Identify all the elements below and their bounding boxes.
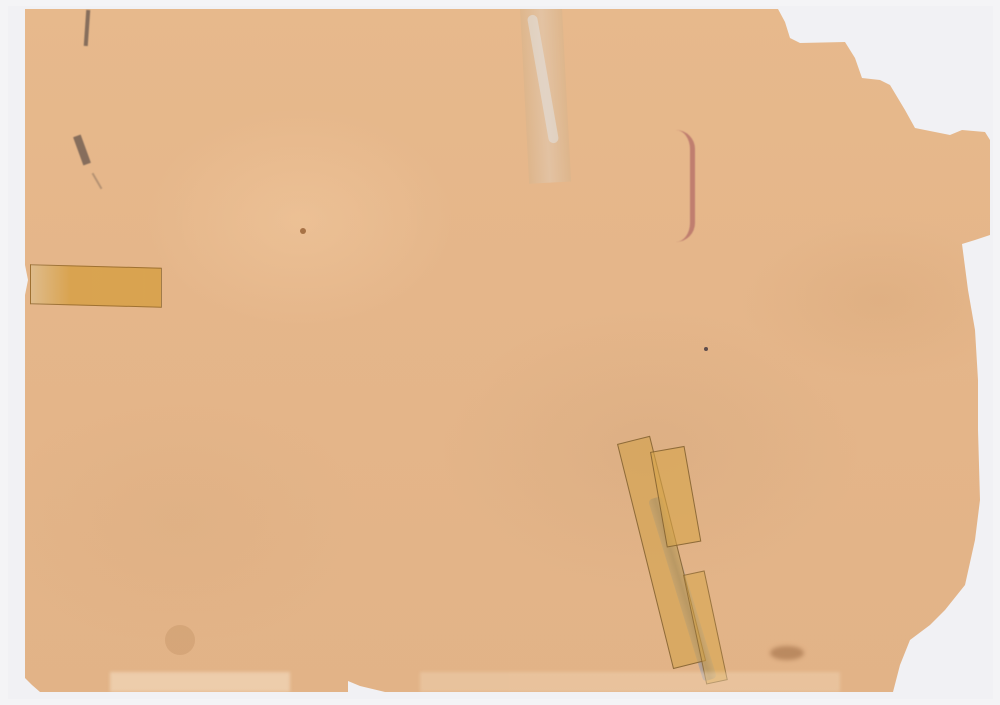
tape-strip-left [30, 264, 162, 307]
dot-stain [704, 347, 708, 351]
faint-stain [165, 625, 195, 655]
brown-stain-bottom [770, 646, 804, 660]
pencil-smudge-left [73, 135, 91, 166]
pencil-smudge-top [84, 10, 91, 46]
red-crayon-mark [676, 130, 695, 242]
aged-paper-sheet [0, 0, 1000, 705]
pencil-streak-left [92, 173, 103, 190]
dot-stain [300, 228, 306, 234]
worn-edge-bottom-right [420, 672, 840, 692]
worn-edge-bottom-left [110, 672, 290, 692]
